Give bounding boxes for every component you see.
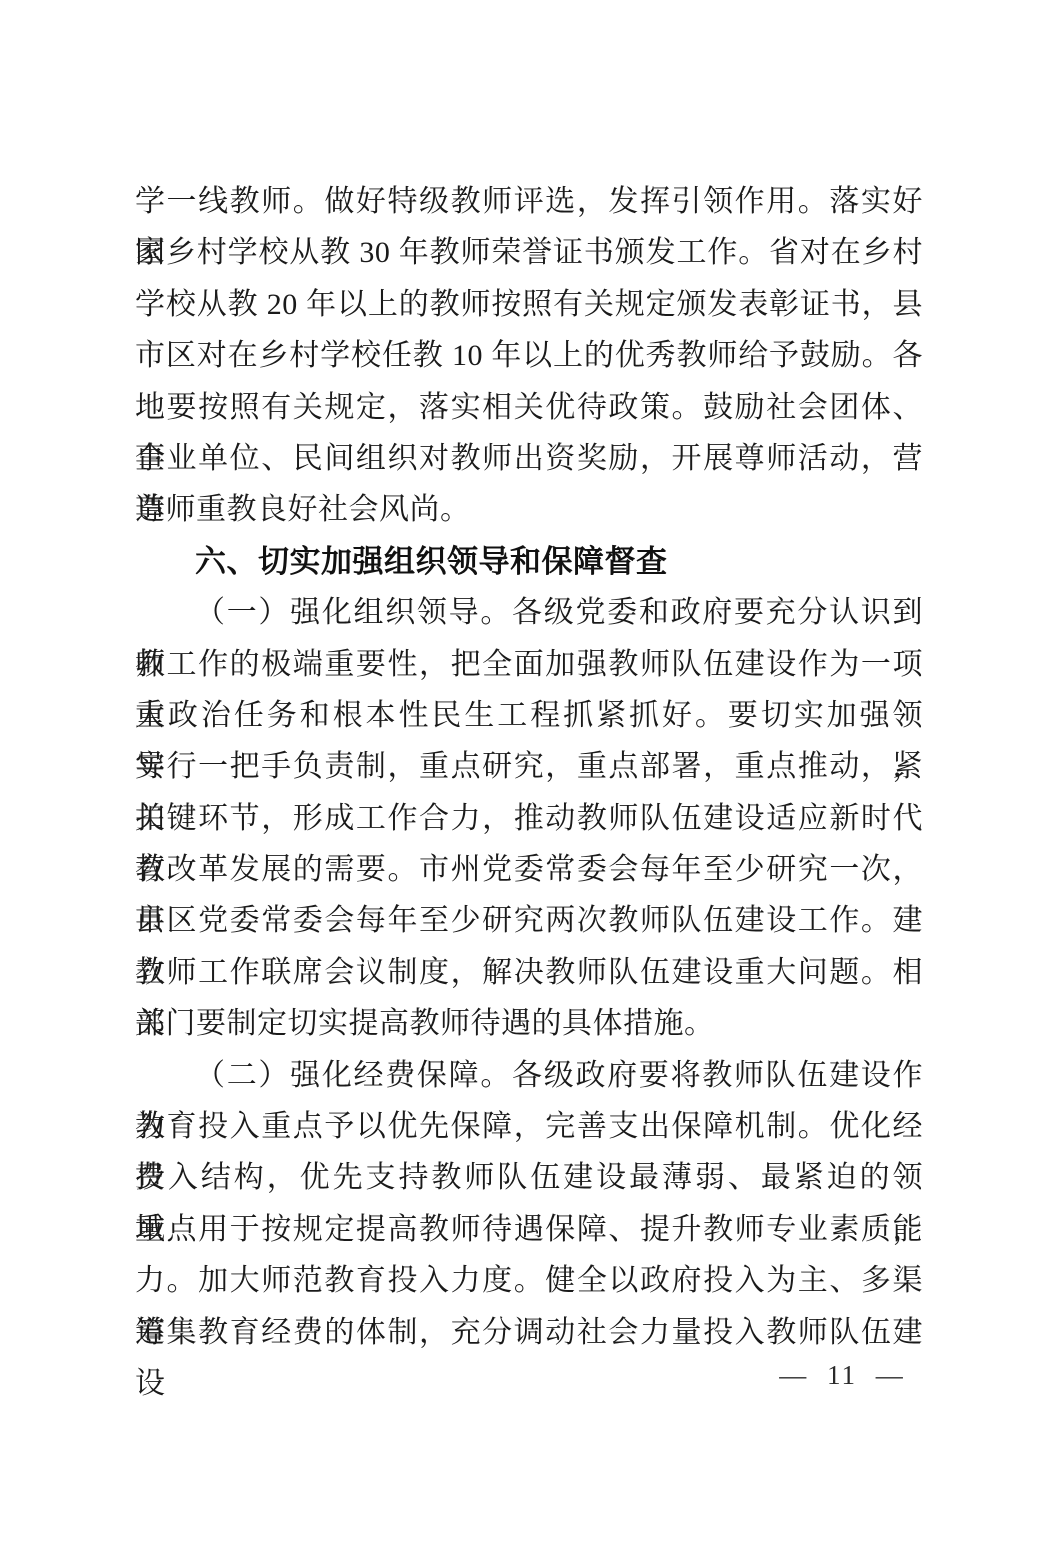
text-line: （一）强化组织领导。各级党委和政府要充分认识到教 <box>135 587 923 638</box>
text-line: 育改革发展的需要。市州党委常委会每年至少研究一次，县 <box>135 844 923 895</box>
paragraph: 学一线教师。做好特级教师评选，发挥引领作用。落实好国家乡村学校从教 30 年教师… <box>135 176 923 536</box>
text-line: 关键环节，形成工作合力，推动教师队伍建设适应新时代教 <box>135 793 923 844</box>
text-line: 地要按照有关规定，落实相关优待政策。鼓励社会团体、企 <box>135 382 923 433</box>
text-line: 学校从教 20 年以上的教师按照有关规定颁发表彰证书，县 <box>135 279 923 330</box>
page-number: — 11 — <box>779 1360 905 1390</box>
text-line: 师工作的极端重要性，把全面加强教师队伍建设作为一项重 <box>135 639 923 690</box>
page-footer: — 11 — <box>778 1360 906 1391</box>
text-line: 实行一把手负责制，重点研究，重点部署，重点推动，紧扣 <box>135 741 923 792</box>
heading-line: 六、切实加强组织领导和保障督查 <box>135 536 923 587</box>
text-line: 筹集教育经费的体制，充分调动社会力量投入教师队伍建设 <box>135 1307 923 1358</box>
text-line: 投入结构，优先支持教师队伍建设最薄弱、最紧迫的领域， <box>135 1152 923 1203</box>
text-line: 市区对在乡村学校任教 10 年以上的优秀教师给予鼓励。各 <box>135 330 923 381</box>
text-line: 部门要制定切实提高教师待遇的具体措施。 <box>135 998 923 1049</box>
paragraph: （一）强化组织领导。各级党委和政府要充分认识到教师工作的极端重要性，把全面加强教… <box>135 587 923 1050</box>
text-line: 力。加大师范教育投入力度。健全以政府投入为主、多渠道 <box>135 1255 923 1306</box>
text-line: 尊师重教良好社会风尚。 <box>135 484 923 535</box>
text-line: 教育投入重点予以优先保障，完善支出保障机制。优化经费 <box>135 1101 923 1152</box>
text-line: 学一线教师。做好特级教师评选，发挥引领作用。落实好国 <box>135 176 923 227</box>
text-line: 重点用于按规定提高教师待遇保障、提升教师专业素质能 <box>135 1204 923 1255</box>
text-line: 事业单位、民间组织对教师出资奖励，开展尊师活动，营造 <box>135 433 923 484</box>
document-body: 学一线教师。做好特级教师评选，发挥引领作用。落实好国家乡村学校从教 30 年教师… <box>135 176 923 1358</box>
text-line: （二）强化经费保障。各级政府要将教师队伍建设作为 <box>135 1050 923 1101</box>
paragraph: （二）强化经费保障。各级政府要将教师队伍建设作为教育投入重点予以优先保障，完善支… <box>135 1050 923 1358</box>
paragraph-lead: （一）强化组织领导。 <box>195 596 512 629</box>
text-line: 家乡村学校从教 30 年教师荣誉证书颁发工作。省对在乡村 <box>135 227 923 278</box>
paragraph-lead: （二）强化经费保障。 <box>195 1059 512 1092</box>
text-line: 市区党委常委会每年至少研究两次教师队伍建设工作。建立 <box>135 895 923 946</box>
section-heading: 六、切实加强组织领导和保障督查 <box>135 536 923 587</box>
text-line: 教师工作联席会议制度，解决教师队伍建设重大问题。相关 <box>135 947 923 998</box>
document-page: 学一线教师。做好特级教师评选，发挥引领作用。落实好国家乡村学校从教 30 年教师… <box>0 0 1059 1554</box>
text-line: 大政治任务和根本性民生工程抓紧抓好。要切实加强领导， <box>135 690 923 741</box>
